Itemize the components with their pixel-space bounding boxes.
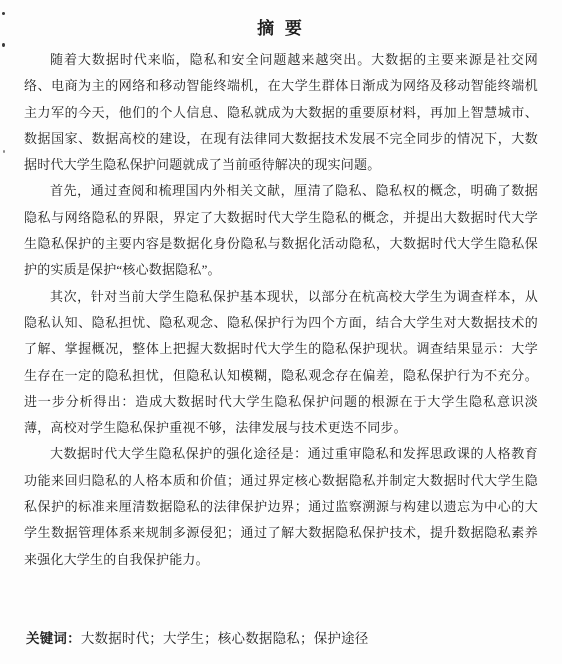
abstract-body: 随着大数据时代来临，隐私和安全问题越来越突出。大数据的主要来源是社交网络、电商为…	[24, 47, 538, 573]
scan-speck	[3, 150, 5, 153]
scan-speck	[2, 12, 5, 15]
abstract-page: 摘 要 随着大数据时代来临，隐私和安全问题越来越突出。大数据的主要来源是社交网络…	[0, 0, 562, 664]
abstract-paragraph-4: 大数据时代大学生隐私保护的强化途径是：通过重审隐私和发挥思政课的人格教育功能来回…	[24, 441, 538, 572]
abstract-paragraph-1: 随着大数据时代来临，隐私和安全问题越来越突出。大数据的主要来源是社交网络、电商为…	[24, 47, 538, 178]
keywords-label: 关键词：	[26, 631, 81, 646]
scan-speck	[2, 43, 5, 47]
keywords-line: 关键词：大数据时代；大学生；核心数据隐私；保护途径	[26, 627, 369, 647]
abstract-paragraph-2: 首先，通过查阅和梳理国内外相关文献，厘清了隐私、隐私权的概念，明确了数据隐私与网…	[24, 178, 538, 283]
keywords-text: 大数据时代；大学生；核心数据隐私；保护途径	[81, 631, 369, 646]
abstract-paragraph-3: 其次，针对当前大学生隐私保护基本现状，以部分在杭高校大学生为调查样本，从隐私认知…	[24, 284, 538, 442]
abstract-title: 摘 要	[24, 18, 538, 40]
